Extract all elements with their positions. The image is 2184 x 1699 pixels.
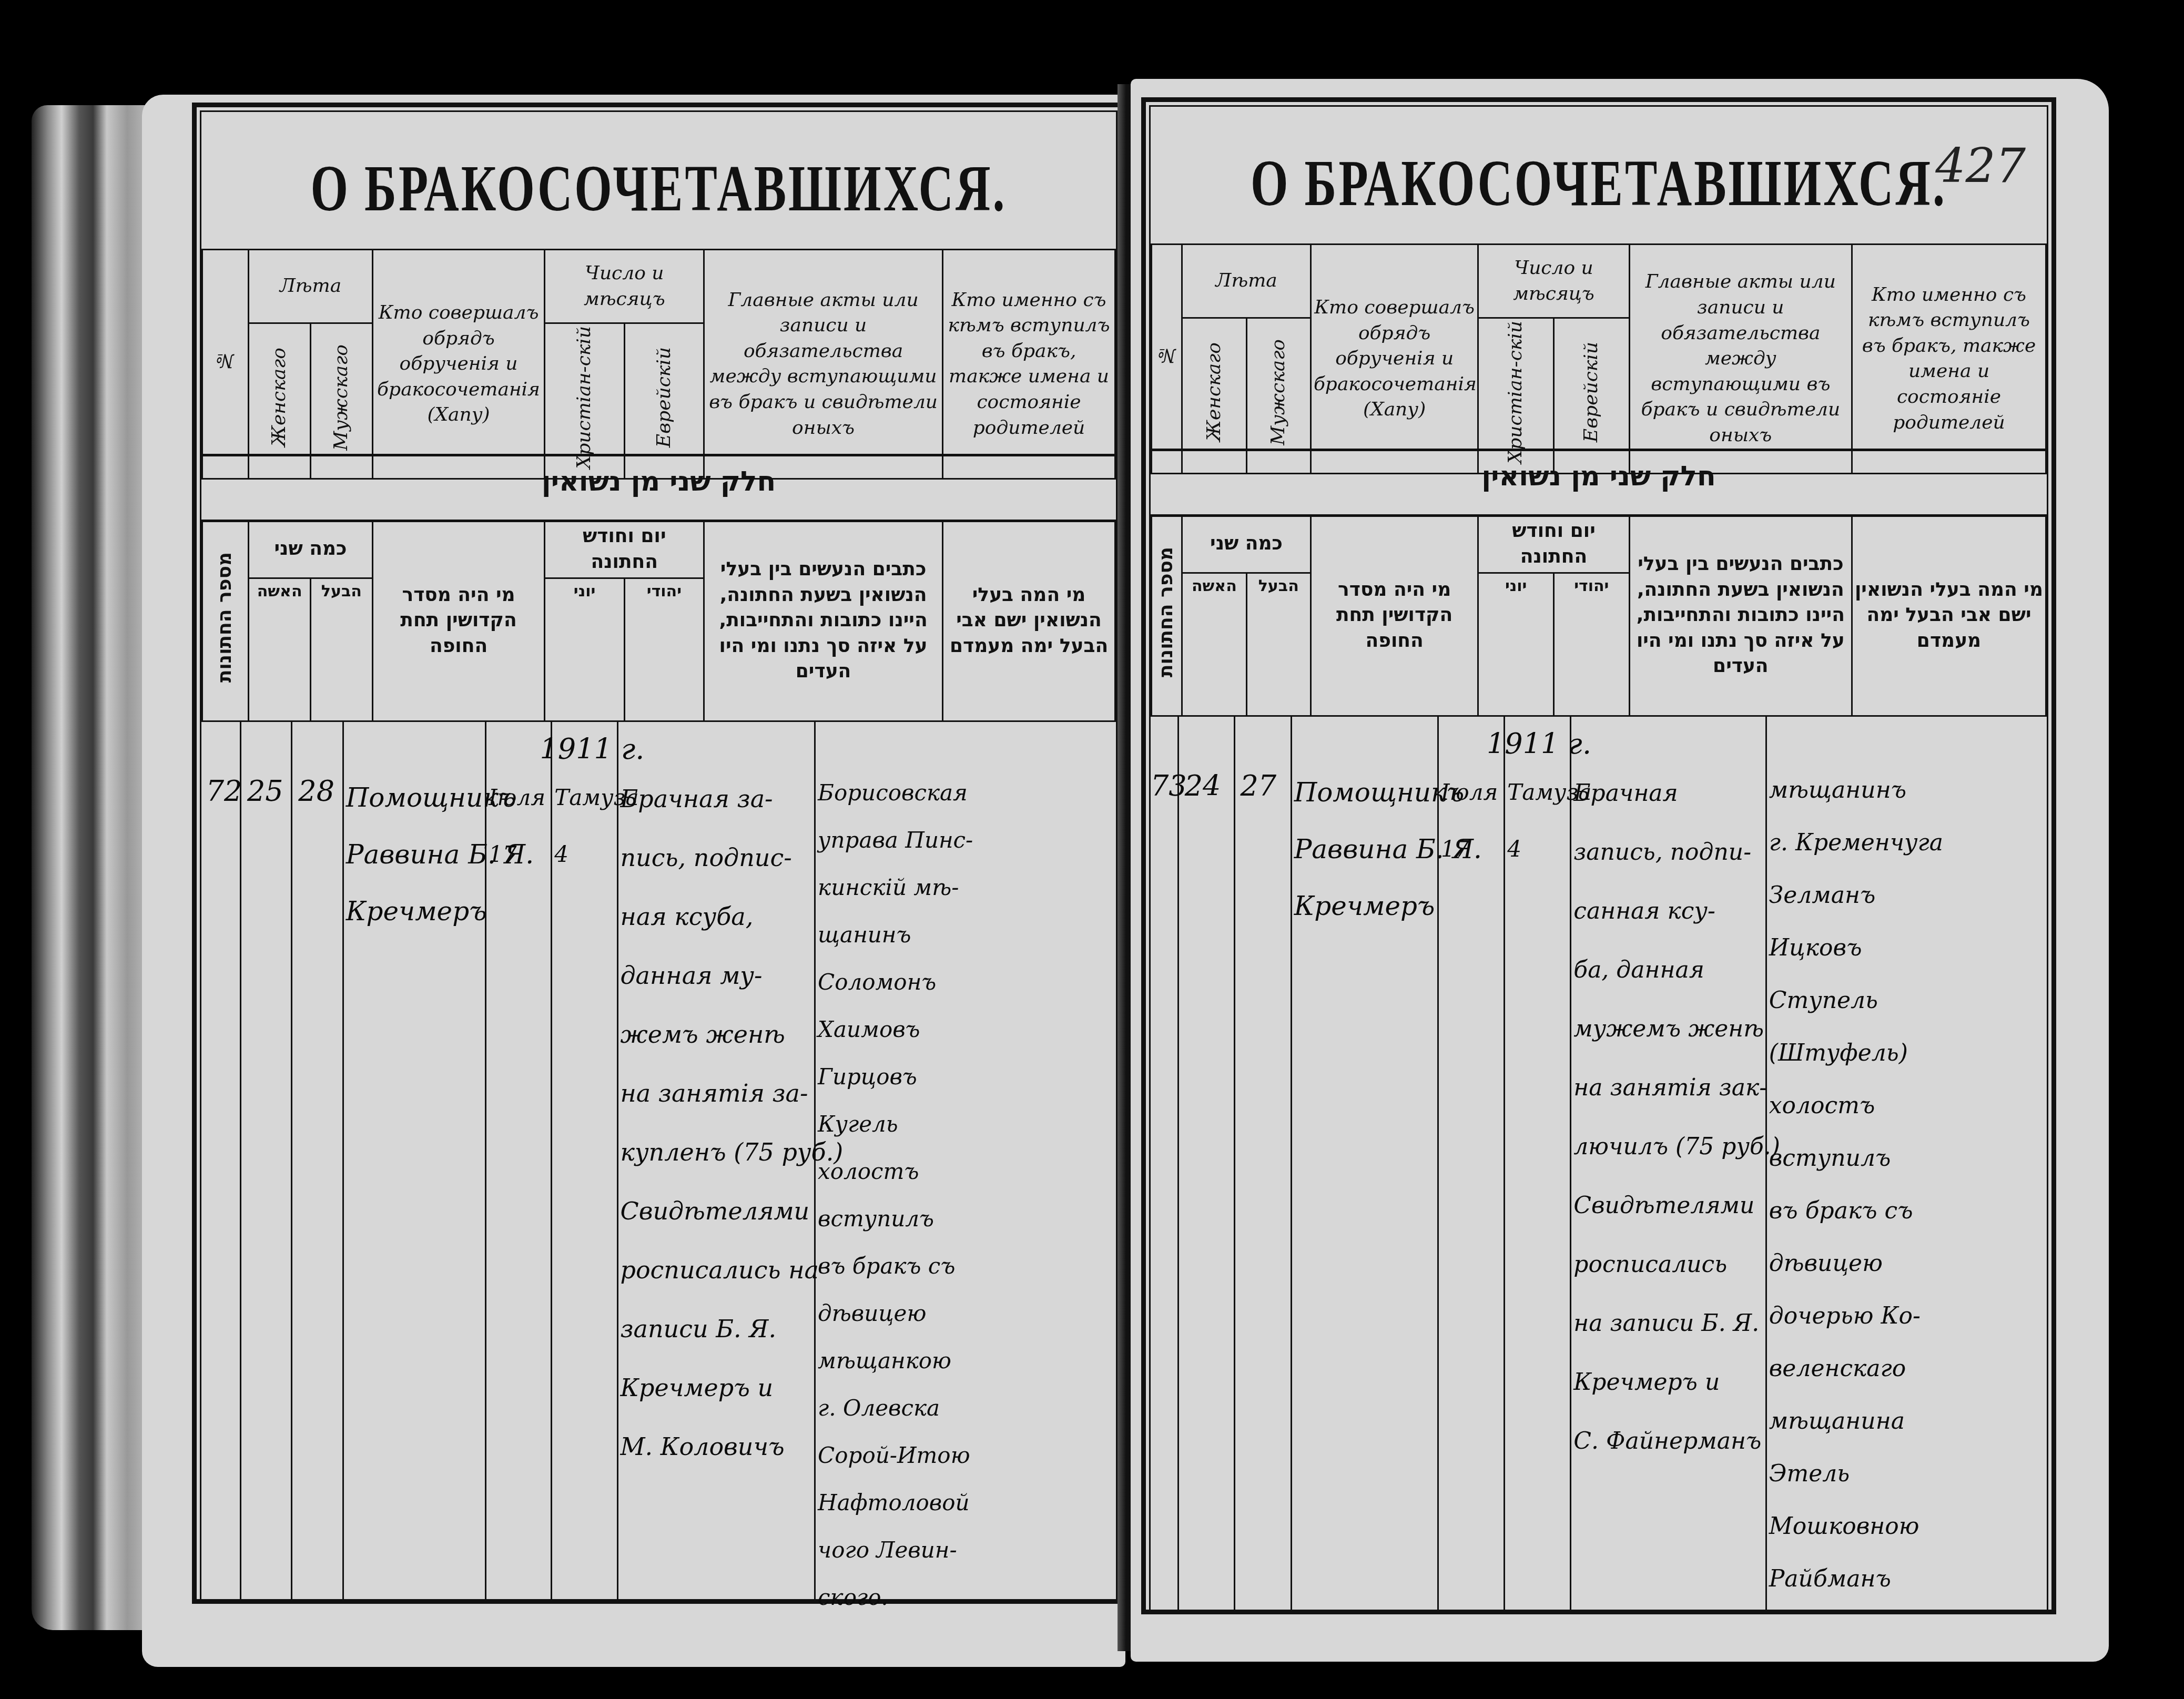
col-age-header: Лѣта: [1182, 245, 1311, 318]
entry-who: Борисовскаяуправа Пинс-кинскій мѣ-щанинъ…: [818, 769, 973, 1621]
col-who-header: Кто именно съ кѣмъ вступилъ въ бракъ, та…: [1852, 245, 2046, 474]
he-age-husband-header: הבעל: [310, 578, 372, 721]
entry-age-female: 24: [1185, 769, 1221, 802]
entries-area: 73 24 27 1911 г. ПомощникъРаввина Б. Я.К…: [1151, 717, 2047, 1610]
russian-header-table: № Лѣта Кто совершалъ обрядъ обрученія и …: [1151, 243, 2047, 474]
he-age-wife-header: האשה: [1182, 573, 1246, 716]
he-date-greek-header: יוני: [1478, 573, 1554, 716]
col-date-header: Число и мѣсяцъ: [1478, 245, 1629, 318]
entry-acts: Брачная за-пись, подпис-ная ксуба,данная…: [620, 769, 843, 1476]
hebrew-banner: חלק שני מן נשואין: [201, 454, 1116, 522]
col-who-header: Кто именно съ кѣмъ вступилъ въ бракъ, та…: [943, 250, 1115, 479]
col-number-header: №: [1152, 245, 1182, 474]
page-title: О БРАКОСОЧЕТАВШИХСЯ.: [201, 107, 1116, 270]
entry-number: 73: [1151, 769, 1187, 802]
page-title: О БРАКОСОЧЕТАВШИХСЯ.: [1151, 101, 2047, 265]
he-date-jewish-header: יהודי: [1554, 573, 1630, 716]
entry-number: 72: [206, 775, 242, 808]
he-acts-header: כתבים הנעשים בין בעלי הנשואין בשעת החתונ…: [1629, 515, 1852, 716]
he-officiant-header: מי היה מסדר הקדושין תחת החופה: [1311, 515, 1478, 716]
he-date-jewish-header: יהודי: [624, 578, 704, 721]
entry-acts: Брачнаязапись, подпи-санная ксу-ба, данн…: [1573, 764, 1780, 1471]
he-date-header: יום וחודש החתונה: [545, 521, 704, 578]
he-age-header: כמה שני: [1182, 515, 1311, 573]
entry-age-male: 28: [298, 775, 334, 808]
right-page-frame: О БРАКОСОЧЕТАВШИХСЯ. 427 № Лѣта Кто сове…: [1141, 97, 2056, 1614]
hebrew-header-table: מספר החתונות כמה שני מי היה מסדר הקדושין…: [1151, 514, 2047, 717]
hebrew-banner: חלק שני מן נשואין: [1151, 449, 2047, 517]
entry-date-christian: Іюля17: [489, 769, 545, 883]
col-age-header: Лѣта: [249, 250, 372, 323]
he-officiant-header: מי היה מסדר הקדושין תחת החופה: [372, 521, 545, 721]
entry-year: 1911 г.: [540, 732, 644, 766]
russian-header-table: № Лѣта Кто совершалъ обрядъ обрученія и …: [201, 249, 1116, 480]
he-date-header: יום וחודש החתונה: [1478, 515, 1629, 573]
entry-age-male: 27: [1240, 769, 1276, 802]
left-page: О БРАКОСОЧЕТАВШИХСЯ. № Лѣта Кто совершал…: [142, 95, 1125, 1667]
he-date-greek-header: יוני: [545, 578, 624, 721]
entries-area: 72 25 28 1911 г. ПомощникъРаввина Б. Я.К…: [201, 722, 1116, 1599]
page-number: 427: [1935, 138, 2026, 194]
entry-age-female: 25: [247, 775, 283, 808]
he-acts-header: כתבים הנעשים בין בעלי הנשואין בשעת החתונ…: [704, 521, 943, 721]
col-officiant-header: Кто совершалъ обрядъ обрученія и бракосо…: [372, 250, 545, 479]
col-acts-header: Главные акты или записи и обязательства …: [1629, 245, 1852, 474]
he-age-wife-header: האשה: [249, 578, 311, 721]
col-date-header: Число и мѣсяцъ: [545, 250, 704, 323]
he-who-header: מי המה בעלי הנשואין ישם אבי הבעל ימה מעמ…: [1852, 515, 2046, 716]
left-page-frame: О БРАКОСОЧЕТАВШИХСЯ. № Лѣта Кто совершал…: [192, 103, 1125, 1604]
col-acts-header: Главные акты или записи и обязательства …: [704, 250, 943, 479]
right-page: О БРАКОСОЧЕТАВШИХСЯ. 427 № Лѣта Кто сове…: [1131, 79, 2109, 1662]
he-age-header: כמה שני: [249, 521, 372, 578]
he-number-header: מספר החתונות: [202, 521, 249, 721]
he-who-header: מי המה בעלי הנשואין ישם אבי הבעל ימה מעמ…: [943, 521, 1115, 721]
entry-year: 1911 г.: [1487, 727, 1591, 760]
he-age-husband-header: הבעל: [1246, 573, 1311, 716]
he-number-header: מספר החתונות: [1152, 515, 1182, 716]
col-number-header: №: [202, 250, 249, 479]
hebrew-header-table: מספר החתונות כמה שני מי היה מסדר הקדושין…: [201, 520, 1116, 722]
entry-date-christian: Іюля17: [1441, 764, 1498, 878]
entry-who: мѣщанинъг. КременчугаЗелманъИцковъСтупел…: [1769, 764, 1943, 1605]
col-officiant-header: Кто совершалъ обрядъ обрученія и бракосо…: [1311, 245, 1478, 474]
